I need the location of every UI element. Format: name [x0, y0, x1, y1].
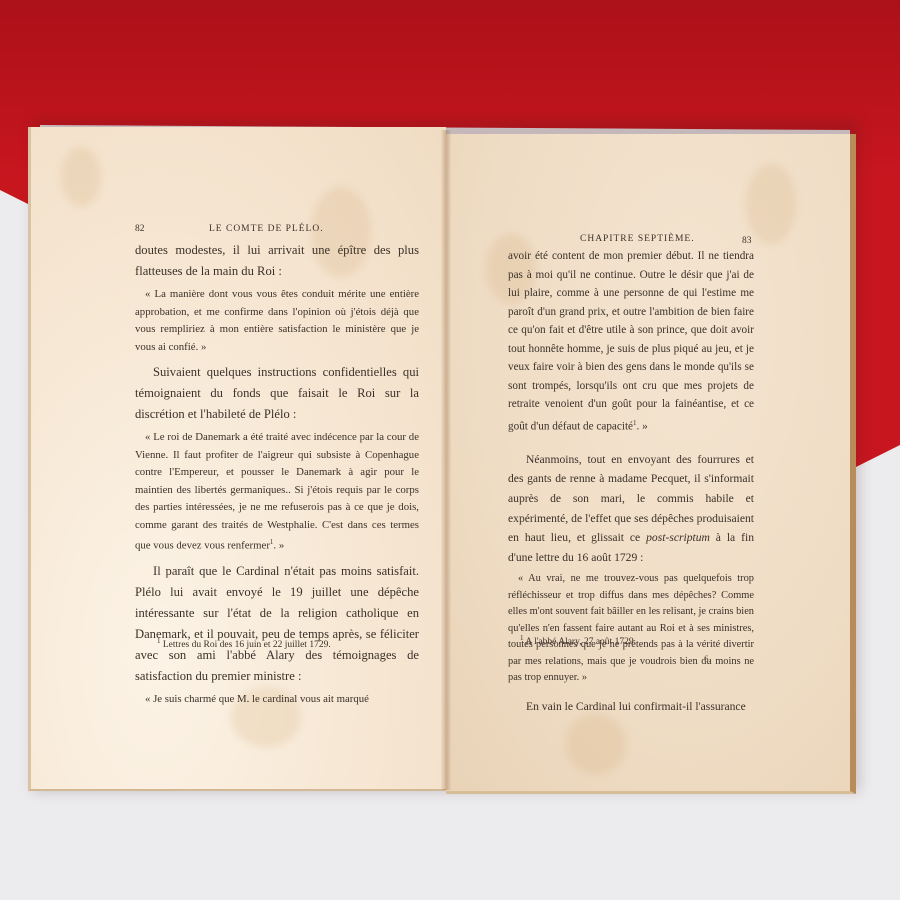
cardinal-quote-start: « Je suis charmé que M. le cardinal vous…	[135, 691, 419, 709]
page-number: 83	[742, 236, 752, 246]
page-number: 82	[135, 224, 145, 234]
postscript-quote: « Au vrai, ne me trouvez-vous pas quelqu…	[508, 571, 754, 687]
paragraph: Suivaient quelques instructions confiden…	[135, 362, 419, 425]
foxing-stain	[566, 714, 626, 774]
left-page: 82 LE COMTE DE PLÉLO. doutes modestes, i…	[28, 127, 446, 791]
foxing-stain	[746, 164, 796, 244]
running-head: CHAPITRE SEPTIÈME.	[580, 234, 695, 244]
book-gutter	[441, 130, 451, 790]
footnote: 1 Lettres du Roi des 16 juin et 22 juill…	[157, 637, 331, 650]
signature-mark: 6.	[704, 654, 711, 664]
right-page: CHAPITRE SEPTIÈME. 83 avoir été content …	[446, 134, 856, 794]
paragraph: doutes modestes, il lui arrivait une épî…	[135, 240, 419, 282]
paragraph: Il paraît que le Cardinal n'était pas mo…	[135, 561, 419, 687]
instructions-quote: « Le roi de Danemark a été traité avec i…	[135, 429, 419, 555]
paragraph: Néanmoins, tout en envoyant des fourrure…	[508, 450, 754, 568]
royal-letter-quote: « La manière dont vous vous êtes conduit…	[135, 286, 419, 356]
running-head: LE COMTE DE PLÉLO.	[209, 224, 324, 234]
paragraph: En vain le Cardinal lui confirmait-il l'…	[508, 697, 754, 717]
letter-continuation: avoir été content de mon premier début. …	[508, 247, 754, 436]
foxing-stain	[61, 147, 101, 207]
footnote: 1 A l'abbé Alary, 27 août 1729.	[520, 634, 636, 647]
